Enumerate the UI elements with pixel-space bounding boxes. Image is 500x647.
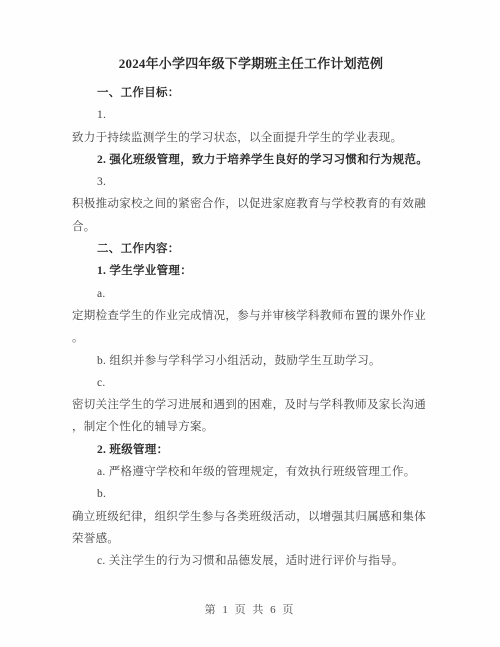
list-letter-b: b. — [72, 483, 430, 505]
doc-line: 积极推动家校之间的紧密合作，以促进家庭教育与学校教育的有效融 — [72, 193, 430, 215]
list-number-1: 1. — [72, 104, 430, 126]
heading-class-management: 2. 班级管理： — [72, 439, 430, 461]
list-letter-a: a. — [72, 283, 430, 305]
document-title: 2024年小学四年级下学期班主任工作计划范例 — [72, 52, 430, 76]
doc-line: 密切关注学生的学习进展和遇到的困难，及时与学科教师及家长沟通 — [72, 394, 430, 416]
doc-line: 荣誉感。 — [72, 528, 430, 550]
list-letter-c: c. — [72, 372, 430, 394]
doc-line: ，制定个性化的辅导方案。 — [72, 416, 430, 438]
doc-line: 定期检查学生的作业完成情况，参与并审核学科教师布置的课外作业 — [72, 305, 430, 327]
page-number-footer: 第 1 页 共 6 页 — [0, 601, 500, 617]
goal-item-2: 2. 强化班级管理，致力于培养学生良好的学习习惯和行为规范。 — [72, 149, 430, 171]
doc-line: 。 — [72, 327, 430, 349]
doc-line: 确立班级纪律，组织学生参与各类班级活动，以增强其归属感和集体 — [72, 506, 430, 528]
heading-student-academic-management: 1. 学生学业管理： — [72, 260, 430, 282]
doc-line: 合。 — [72, 216, 430, 238]
doc-line: 致力于持续监测学生的学习状态，以全面提升学生的学业表现。 — [72, 127, 430, 149]
list-item-c: c. 关注学生的行为习惯和品德发展，适时进行评价与指导。 — [72, 550, 430, 572]
heading-work-content: 二、工作内容： — [72, 238, 430, 260]
list-item-b: b. 组织并参与学科学习小组活动，鼓励学生互助学习。 — [72, 350, 430, 372]
list-number-3: 3. — [72, 171, 430, 193]
document-page: 2024年小学四年级下学期班主任工作计划范例 一、工作目标： 1. 致力于持续监… — [0, 0, 500, 647]
heading-work-goals: 一、工作目标： — [72, 82, 430, 104]
list-item-a: a. 严格遵守学校和年级的管理规定，有效执行班级管理工作。 — [72, 461, 430, 483]
